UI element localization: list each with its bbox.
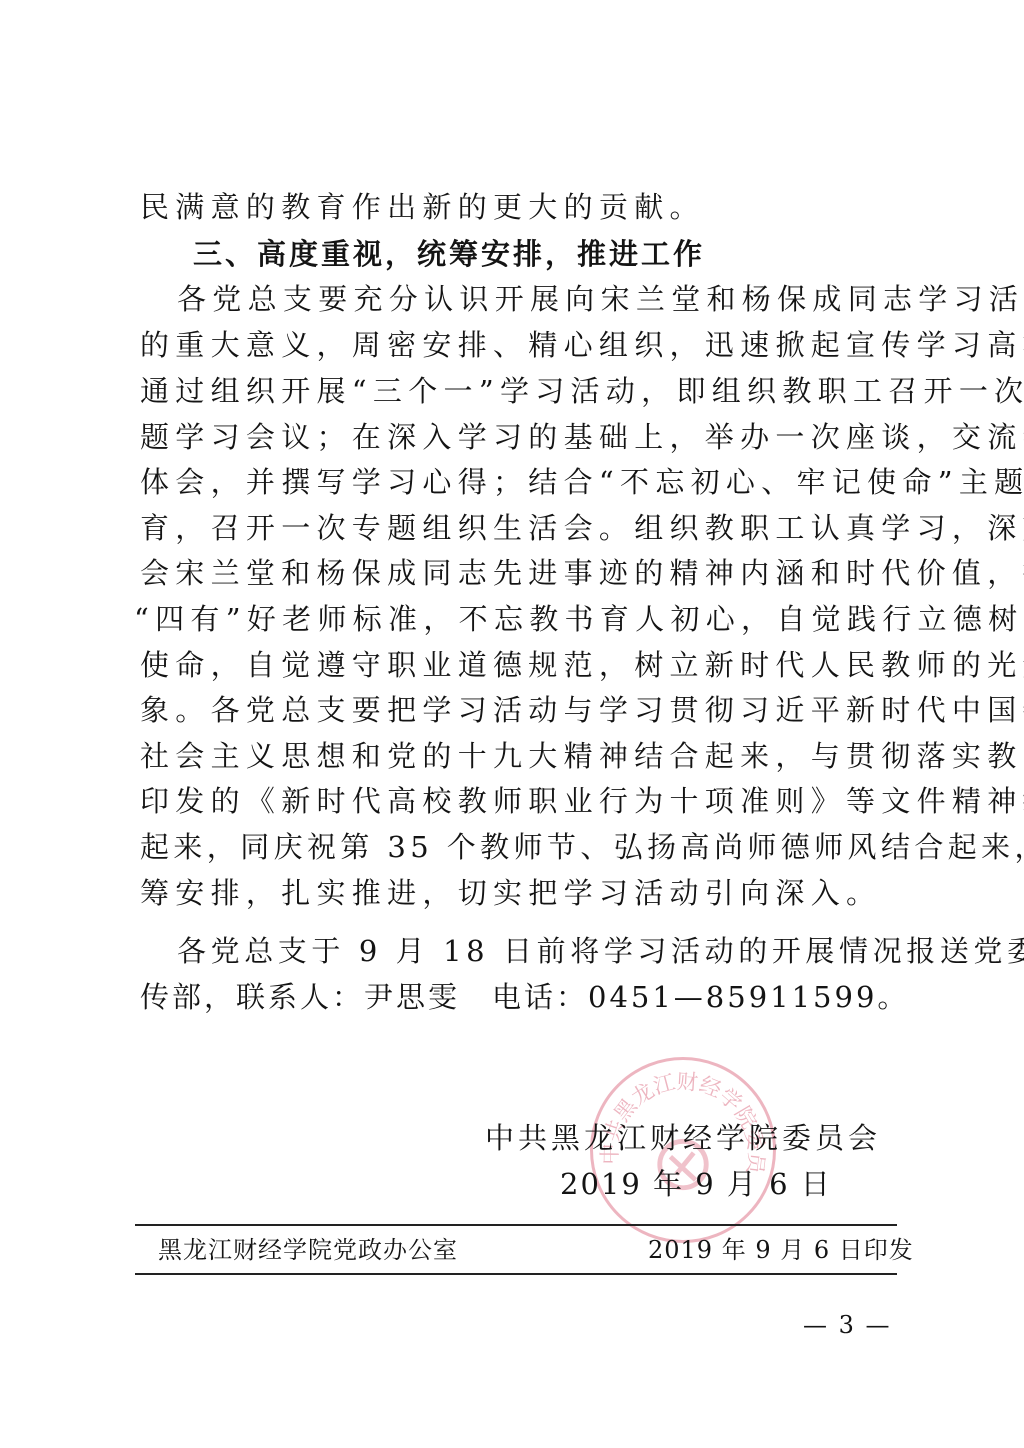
paragraph-line: 会宋兰堂和杨保成同志先进事迹的精神内涵和时代价值，按照	[140, 553, 900, 593]
paragraph-line: 的重大意义，周密安排、精心组织，迅速掀起宣传学习高潮，	[140, 325, 900, 365]
footer-issuer: 黑龙江财经学院党政办公室	[158, 1233, 458, 1267]
paragraph-line: 社会主义思想和党的十九大精神结合起来，与贯彻落实教育部	[140, 736, 900, 776]
footer-issue-date: 2019 年 9 月 6 日印发	[648, 1233, 914, 1267]
paragraph-line: 育，召开一次专题组织生活会。组织教职工认真学习，深刻领	[140, 508, 900, 548]
paragraph-line: 题学习会议；在深入学习的基础上，举办一次座谈，交流学习	[140, 417, 900, 457]
paragraph-line: 各党总支于 9 月 18 日前将学习活动的开展情况报送党委宣	[177, 931, 937, 971]
section-heading: 三、高度重视，统筹安排，推进工作	[193, 234, 953, 274]
footer-bottom-rule	[135, 1273, 897, 1275]
paragraph-line: 使命，自觉遵守职业道德规范，树立新时代人民教师的光辉形	[140, 645, 900, 685]
signature-date: 2019 年 9 月 6 日	[560, 1164, 832, 1204]
signature-organization: 中共黑龙江财经学院委员会	[485, 1118, 881, 1158]
paragraph-line: 象。各党总支要把学习活动与学习贯彻习近平新时代中国特色	[140, 690, 900, 730]
paragraph-line: 筹安排，扎实推进，切实把学习活动引向深入。	[140, 873, 900, 913]
paragraph-line: 体会，并撰写学习心得；结合“不忘初心、牢记使命”主题教	[140, 462, 900, 502]
paragraph-line: “四有”好老师标准，不忘教书育人初心，自觉践行立德树人	[134, 599, 894, 639]
document-page: 民满意的教育作出新的更大的贡献。 三、高度重视，统筹安排，推进工作 各党总支要充…	[0, 0, 1024, 1448]
paragraph-line: 民满意的教育作出新的更大的贡献。	[140, 187, 900, 227]
paragraph-line: 通过组织开展“三个一”学习活动，即组织教职工召开一次专	[140, 371, 900, 411]
page-number: — 3 —	[803, 1308, 892, 1342]
paragraph-line: 各党总支要充分认识开展向宋兰堂和杨保成同志学习活动	[177, 279, 937, 319]
paragraph-line: 传部，联系人：尹思雯 电话：0451—85911599。	[140, 977, 900, 1017]
paragraph-line: 印发的《新时代高校教师职业行为十项准则》等文件精神结合	[140, 781, 900, 821]
footer-top-rule	[135, 1224, 897, 1226]
paragraph-line: 起来，同庆祝第 35 个教师节、弘扬高尚师德师风结合起来，统	[140, 827, 900, 867]
